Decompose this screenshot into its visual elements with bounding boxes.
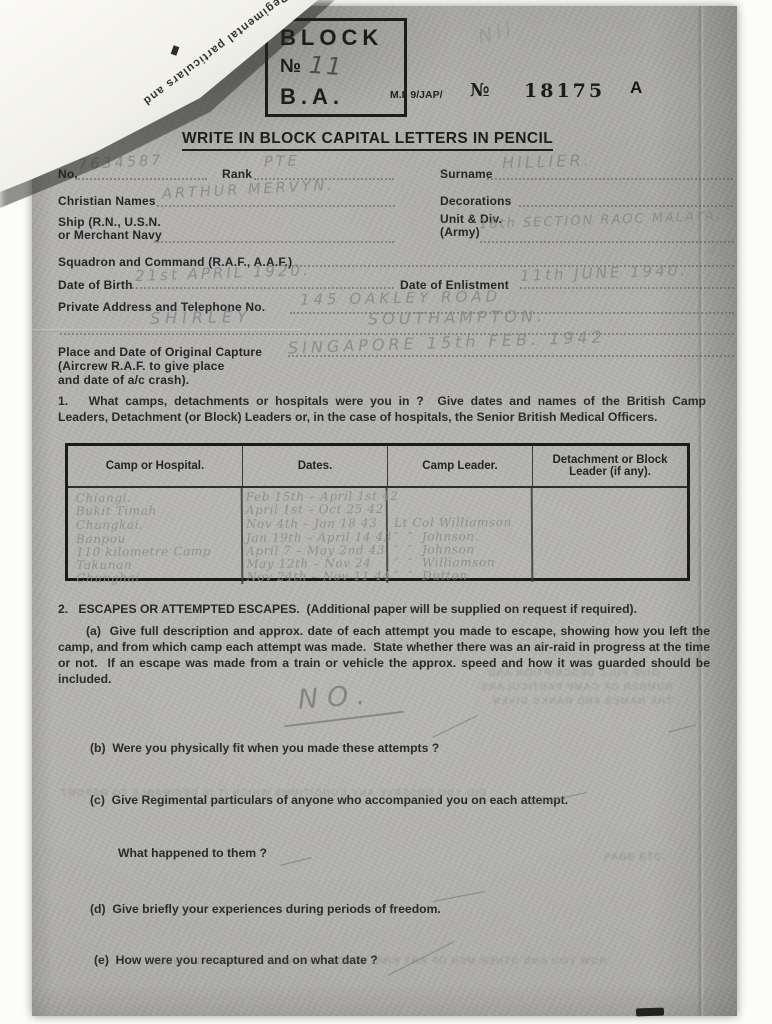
cell-dates: April 1st – Oct 25 42: [246, 502, 384, 517]
staple-mark: [171, 45, 180, 56]
bleedthrough-text: THE NAMES AND RANKS GIVEN: [492, 696, 672, 707]
scanned-photo: TIAL BLOCK № 11 B.A. M.I. 9/JAP/ № 18175…: [0, 0, 772, 1024]
pencil-stroke: [432, 715, 477, 738]
series-letter: A: [630, 78, 642, 98]
bleedthrough-text: HOW YOU AND OTHER MEN OF ANY KIND WHICH …: [150, 956, 607, 967]
dotted-line: [519, 205, 733, 207]
camps-table-body: Chiangi. Feb 15th – April 1st 42 Bukit T…: [68, 486, 688, 582]
bleedthrough-text: PAGE ETC.: [604, 852, 666, 863]
value-address-line2a: SHIRLEY: [150, 307, 252, 328]
label-ship-line2: or Merchant Navy: [58, 228, 162, 242]
partial-stamp-mark: [636, 1008, 664, 1017]
horizontal-crease: [32, 329, 302, 332]
stamp-ba-label: B.A.: [280, 84, 392, 110]
scanned-form-page: TIAL BLOCK № 11 B.A. M.I. 9/JAP/ № 18175…: [32, 6, 737, 1016]
stamp-no-row: № 11: [280, 56, 392, 80]
dotted-line: [75, 178, 207, 180]
nil-pencil-note: Nil: [476, 18, 517, 48]
cell-leader: Lt Col Williamson: [394, 515, 512, 530]
question-2d: (d) Give briefly your experiences during…: [90, 901, 650, 917]
register-number: 18175: [524, 80, 605, 102]
bleedthrough-text: DID YOU OBSERVE ANY CONDITIONS WHICH IT …: [60, 788, 486, 799]
value-place-of-capture: SINGAPORE 15th FEB. 1942: [288, 327, 606, 357]
dotted-line: [157, 205, 395, 207]
camps-table: Camp or Hospital. Dates. Camp Leader. De…: [65, 443, 690, 581]
vertical-crease: [698, 6, 704, 1016]
stamp-no-value-handwritten: 11: [308, 50, 344, 80]
bleedthrough-text: NUMBER OF CAMP PARTICULARS: [480, 682, 672, 693]
label-capture-line1: Place and Date of Original Capture: [58, 345, 262, 359]
label-capture-line2: (Aircrew R.A.F. to give place: [58, 359, 225, 373]
table-row: Chunghai Nov 24th – Nov 11 44 ″ ″ Dutton: [68, 567, 687, 585]
dotted-line: [520, 287, 734, 289]
label-surname: Surname: [440, 167, 493, 181]
mi9-reference: M.I. 9/JAP/: [390, 89, 443, 101]
camps-table-header: Camp or Hospital. Dates. Camp Leader. De…: [68, 446, 687, 488]
label-unit-line2: (Army): [440, 225, 480, 239]
header-camp-leader: Camp Leader.: [388, 446, 533, 486]
header-detachment-leader: Detachment or Block Leader (if any).: [533, 446, 687, 486]
cell-leader: ″ ″ Dutton: [394, 568, 467, 583]
question-1: 1. What camps, detachments or hospitals …: [58, 393, 706, 425]
dotted-line: [487, 178, 733, 180]
cell-camp: Chungkai.: [76, 518, 144, 532]
dotted-line: [154, 241, 394, 243]
bleedthrough-text: GIVE FULL DESCRIPTION AND: [487, 668, 659, 679]
form-instruction-title: WRITE IN BLOCK CAPITAL LETTERS IN PENCIL: [182, 130, 553, 151]
cell-dates: Nov 4th – Jan 18 43: [246, 516, 378, 531]
label-christian-names: Christian Names: [58, 194, 156, 208]
label-date-of-birth: Date of Birth: [58, 278, 133, 292]
dotted-line: [480, 241, 734, 243]
dotted-line: [288, 355, 734, 357]
question-2c-what-happened: What happened to them ?: [118, 845, 518, 861]
header-camp-or-hospital: Camp or Hospital.: [68, 446, 243, 486]
pencil-stroke: [668, 724, 695, 732]
cell-camp: Bukit Timah: [76, 504, 157, 519]
label-rank: Rank: [222, 167, 252, 181]
header-dates: Dates.: [243, 446, 388, 486]
margin-pencil-note: 43: [707, 243, 725, 260]
value-rank: PTE: [264, 153, 300, 170]
question-2-heading: 2. ESCAPES OR ATTEMPTED ESCAPES. (Additi…: [58, 601, 710, 617]
value-christian-names: ARTHUR MERVYN.: [162, 177, 336, 202]
value-unit: 16th SECTION RAOC MALAYA.: [479, 209, 723, 232]
value-address-line1: 145 OAKLEY ROAD: [300, 287, 501, 309]
label-decorations: Decorations: [440, 194, 512, 208]
register-no-label: №: [470, 80, 491, 101]
value-address-line2b: SOUTHAMPTON.: [368, 306, 546, 328]
dotted-line: [132, 287, 394, 289]
label-capture-line3: and date of a/c crash).: [58, 373, 189, 387]
cell-camp: Chunghai: [76, 571, 140, 585]
label-ship-line1: Ship (R.N., U.S.N.: [58, 215, 161, 229]
question-2b: (b) Were you physically fit when you mad…: [90, 740, 650, 756]
stamp-no-symbol: №: [280, 56, 303, 78]
value-surname: HILLIER.: [502, 150, 592, 172]
answer-no-handwritten: NO.: [297, 679, 375, 715]
cell-dates: Nov 24th – Nov 11 44: [246, 569, 391, 584]
